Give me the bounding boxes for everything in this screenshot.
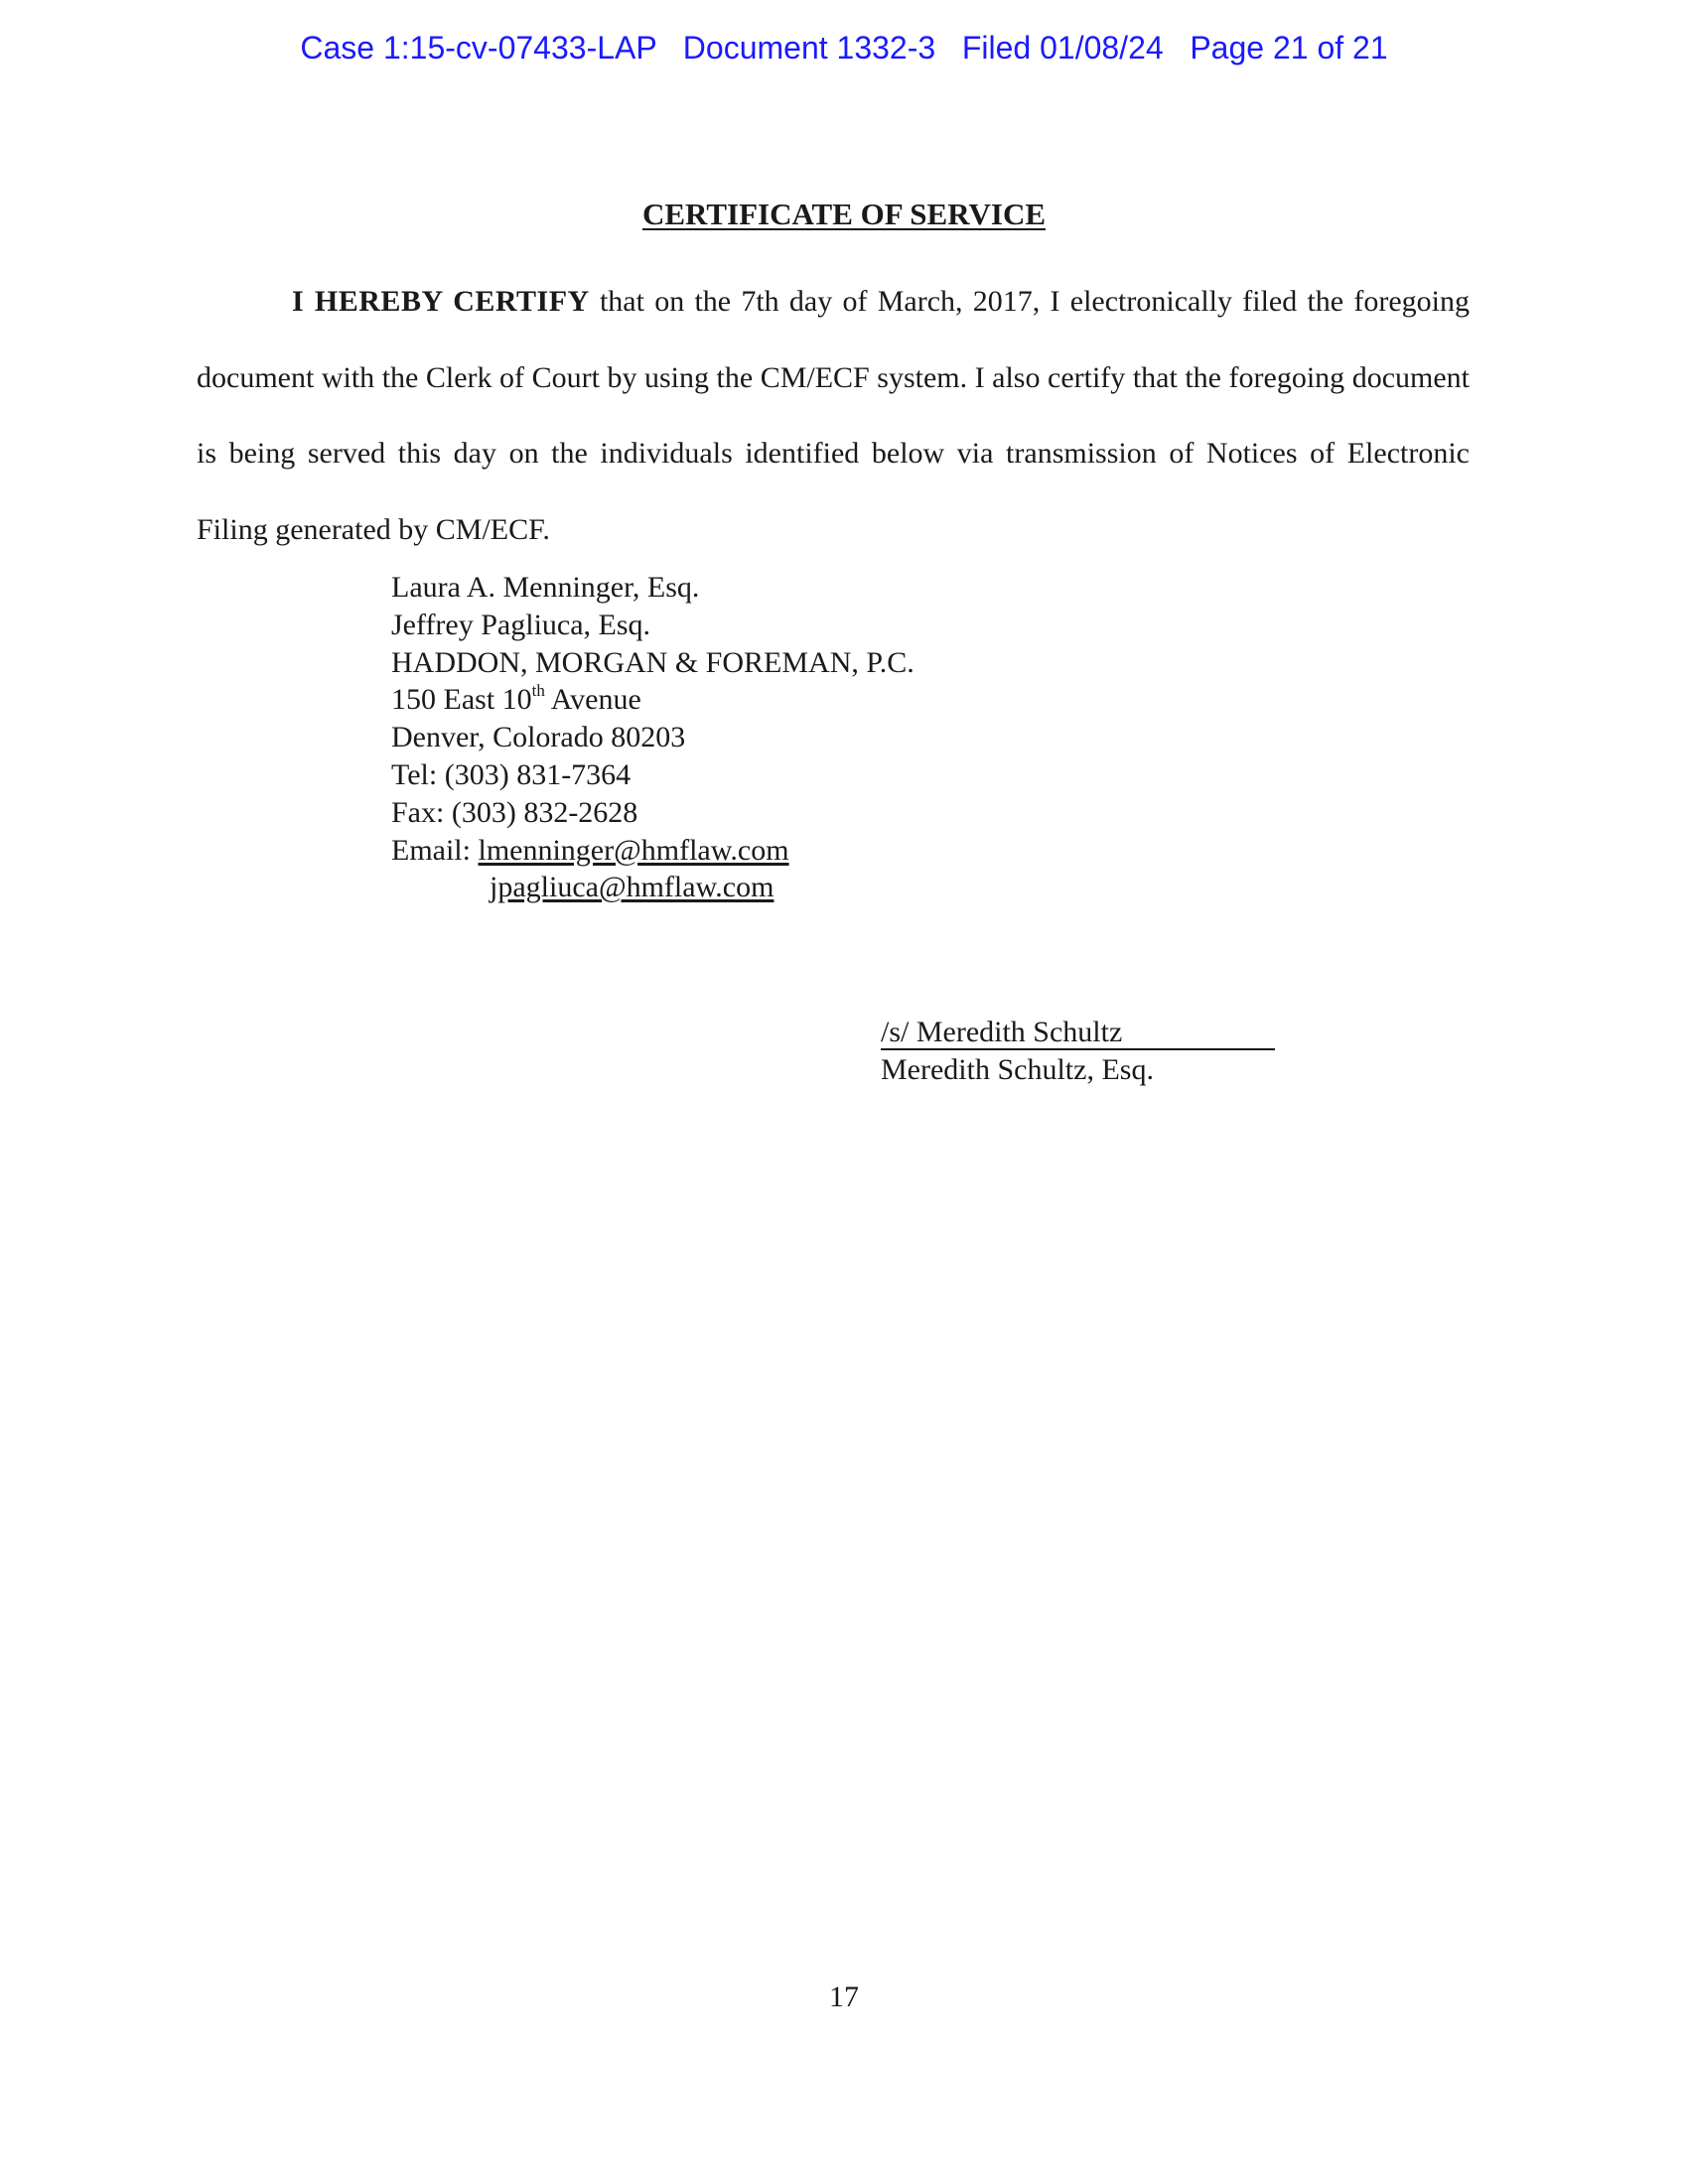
city-state-zip: Denver, Colorado 80203 [391,719,914,756]
document-number: Document 1332-3 [683,30,935,66]
firm-name: HADDON, MORGAN & FOREMAN, P.C. [391,644,914,682]
street-address: 150 East 10th Avenue [391,681,914,719]
document-page: Case 1:15-cv-07433-LAP Document 1332-3 F… [0,0,1688,2184]
email-link-pagliuca[interactable]: jpagliuca@hmflaw.com [490,871,774,903]
street-name: Avenue [545,683,641,716]
certify-lead: I HEREBY CERTIFY [292,285,590,318]
certification-paragraph: I HEREBY CERTIFY that on the 7th day of … [197,264,1470,568]
signer-name: Meredith Schultz, Esq. [881,1051,1275,1089]
certify-text: that on the 7th day of March, 2017, I el… [197,285,1470,546]
attorney-name: Jeffrey Pagliuca, Esq. [391,607,914,644]
ordinal-suffix: th [532,681,545,700]
email-label: Email: [391,834,478,867]
case-number: Case 1:15-cv-07433-LAP [300,30,656,66]
certificate-title: CERTIFICATE OF SERVICE [0,197,1688,232]
attorney-name: Laura A. Menninger, Esq. [391,569,914,607]
page-number: 17 [0,1980,1688,2014]
telephone: Tel: (303) 831-7364 [391,756,914,794]
fax: Fax: (303) 832-2628 [391,794,914,832]
electronic-signature: /s/ Meredith Schultz [881,1017,1275,1050]
street-number: 150 East 10 [391,683,532,716]
email-row: Email: lmenninger@hmflaw.com [391,832,914,870]
page-count: Page 21 of 21 [1190,30,1387,66]
filed-date: Filed 01/08/24 [962,30,1164,66]
ecf-header-stamp: Case 1:15-cv-07433-LAP Document 1332-3 F… [0,30,1688,67]
signature-block: /s/ Meredith Schultz Meredith Schultz, E… [881,1014,1275,1089]
email-link-menninger[interactable]: lmenninger@hmflaw.com [478,834,788,867]
email-row: jpagliuca@hmflaw.com [391,869,914,906]
service-list: Laura A. Menninger, Esq. Jeffrey Pagliuc… [391,569,914,906]
